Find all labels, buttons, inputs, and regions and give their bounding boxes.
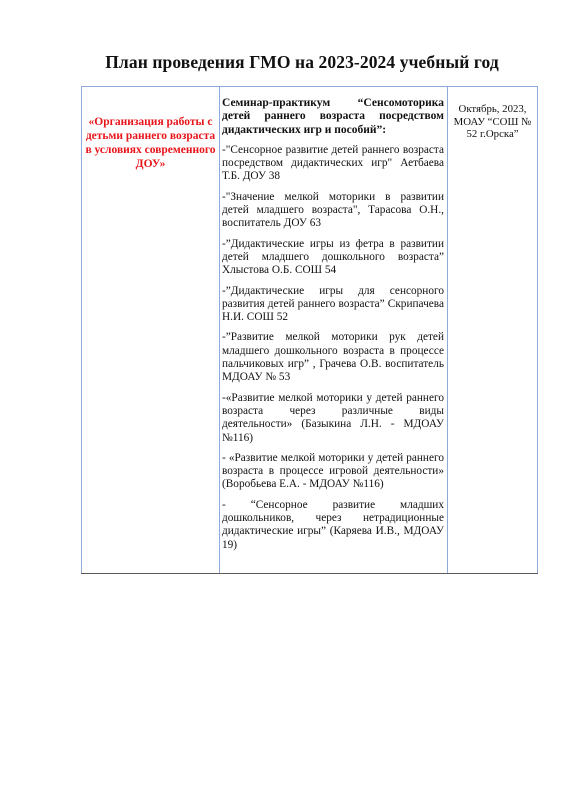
list-item: - «Развитие мелкой моторики у детей ранн… [220,449,447,496]
list-item: -”Дидактические игры из фетра в развитии… [220,235,447,282]
content-cell: Семинар-практикум “Сенсомоторика детей р… [220,87,448,574]
plan-table: «Организация работы с детьми раннего воз… [81,86,538,574]
list-item: -”Дидактические игры для сенсорного разв… [220,282,447,329]
list-item: -”Развитие мелкой моторики рук детей мла… [220,328,447,388]
seminar-title: Семинар-практикум “Сенсомоторика детей р… [220,87,447,141]
list-item: -"Значение мелкой моторики в развитии де… [220,188,447,235]
date-place-cell: Октябрь, 2023, МОАУ “СОШ № 52 г.Орска” [448,87,538,574]
list-item: -"Сенсорное развитие детей раннего возра… [220,141,447,188]
document-title: План проведения ГМО на 2023-2024 учебный… [0,52,566,73]
topic-cell: «Организация работы с детьми раннего воз… [82,87,220,574]
topic-text: «Организация работы с детьми раннего воз… [82,87,219,171]
list-item: - “Сенсорное развитие младших дошкольник… [220,496,447,556]
list-item: -«Развитие мелкой моторики у детей ранне… [220,389,447,449]
table-row: «Организация работы с детьми раннего воз… [82,87,538,574]
date-place-text: Октябрь, 2023, МОАУ “СОШ № 52 г.Орска” [448,87,537,141]
